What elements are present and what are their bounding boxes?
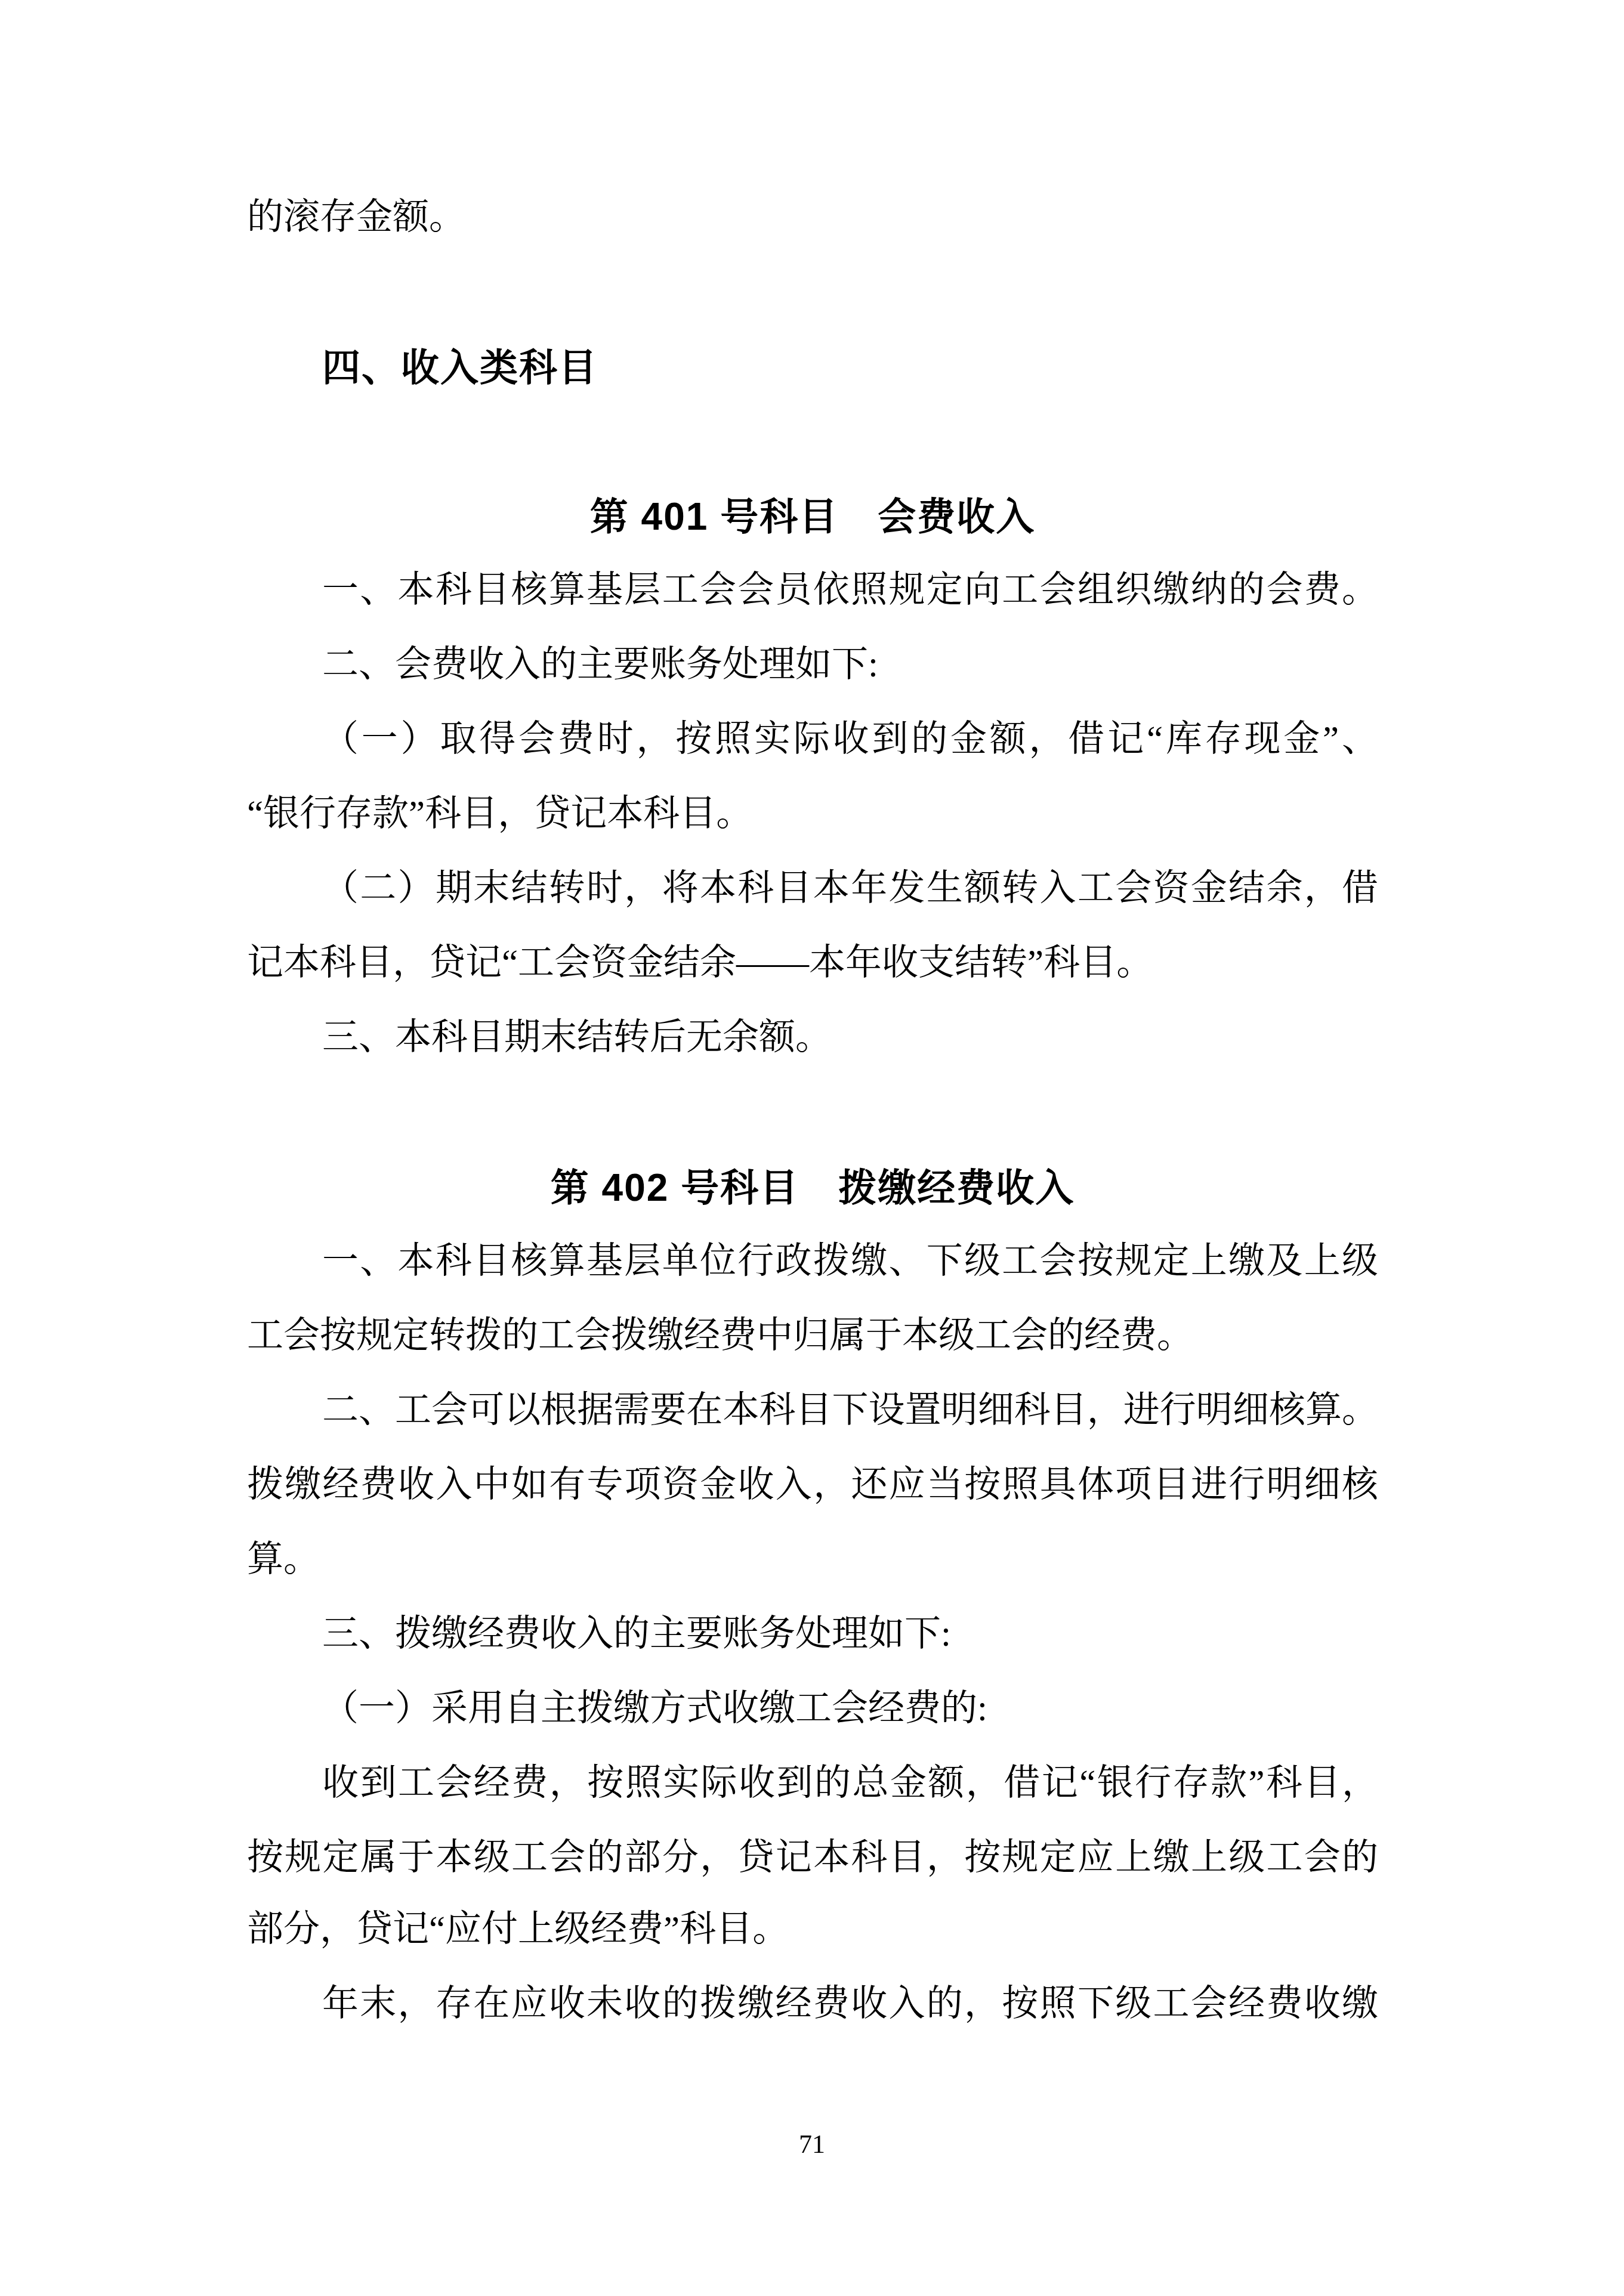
paragraph-line: 收到工会经费，按照实际收到的总金额，借记“银行存款”科目， (247, 1763, 1378, 1804)
paragraph-line: 年末，存在应收未收的拨缴经费收入的，按照下级工会经费收缴 (247, 1983, 1378, 2025)
subject-401-heading: 第 401 号科目 会费收入 (247, 495, 1378, 538)
paragraph-line: 记本科目，贷记“工会资金结余——本年收支结转”科目。 (247, 942, 1378, 984)
paragraph-line: “银行存款”科目，贷记本科目。 (247, 793, 1378, 835)
chapter-heading: 四、收入类科目 (247, 346, 1378, 389)
page-number: 71 (0, 2130, 1624, 2159)
paragraph-line: 二、工会可以根据需要在本科目下设置明细科目，进行明细核算。 (247, 1390, 1378, 1432)
paragraph-line: 三、拨缴经费收入的主要账务处理如下: (247, 1614, 1378, 1655)
subject-402-heading: 第 402 号科目 拨缴经费收入 (247, 1166, 1378, 1209)
opening-paragraph-line: 的滚存金额。 (247, 197, 1378, 239)
paragraph-line: （二）期末结转时，将本科目本年发生额转入工会资金结余，借 (247, 868, 1378, 910)
paragraph-line: 算。 (247, 1539, 1378, 1581)
paragraph-line: 三、本科目期末结转后无余额。 (247, 1017, 1378, 1059)
paragraph-line: 部分，贷记“应付上级经费”科目。 (247, 1909, 1378, 1951)
paragraph-line: 一、本科目核算基层工会会员依照规定向工会组织缴纳的会费。 (247, 570, 1378, 611)
paragraph-line: （一）采用自主拨缴方式收缴工会经费的: (247, 1688, 1378, 1730)
document-page: 的滚存金额。 四、收入类科目 第 401 号科目 会费收入 一、本科目核算基层工… (0, 0, 1624, 2296)
paragraph-line: 按规定属于本级工会的部分，贷记本科目，按规定应上缴上级工会的 (247, 1837, 1378, 1879)
paragraph-line: 一、本科目核算基层单位行政拨缴、下级工会按规定上缴及上级 (247, 1241, 1378, 1283)
paragraph-line: 工会按规定转拨的工会拨缴经费中归属于本级工会的经费。 (247, 1315, 1378, 1357)
paragraph-line: 拨缴经费收入中如有专项资金收入，还应当按照具体项目进行明细核 (247, 1464, 1378, 1506)
paragraph-line: 二、会费收入的主要账务处理如下: (247, 644, 1378, 686)
paragraph-line: （一）取得会费时，按照实际收到的金额，借记“库存现金”、 (247, 719, 1378, 761)
